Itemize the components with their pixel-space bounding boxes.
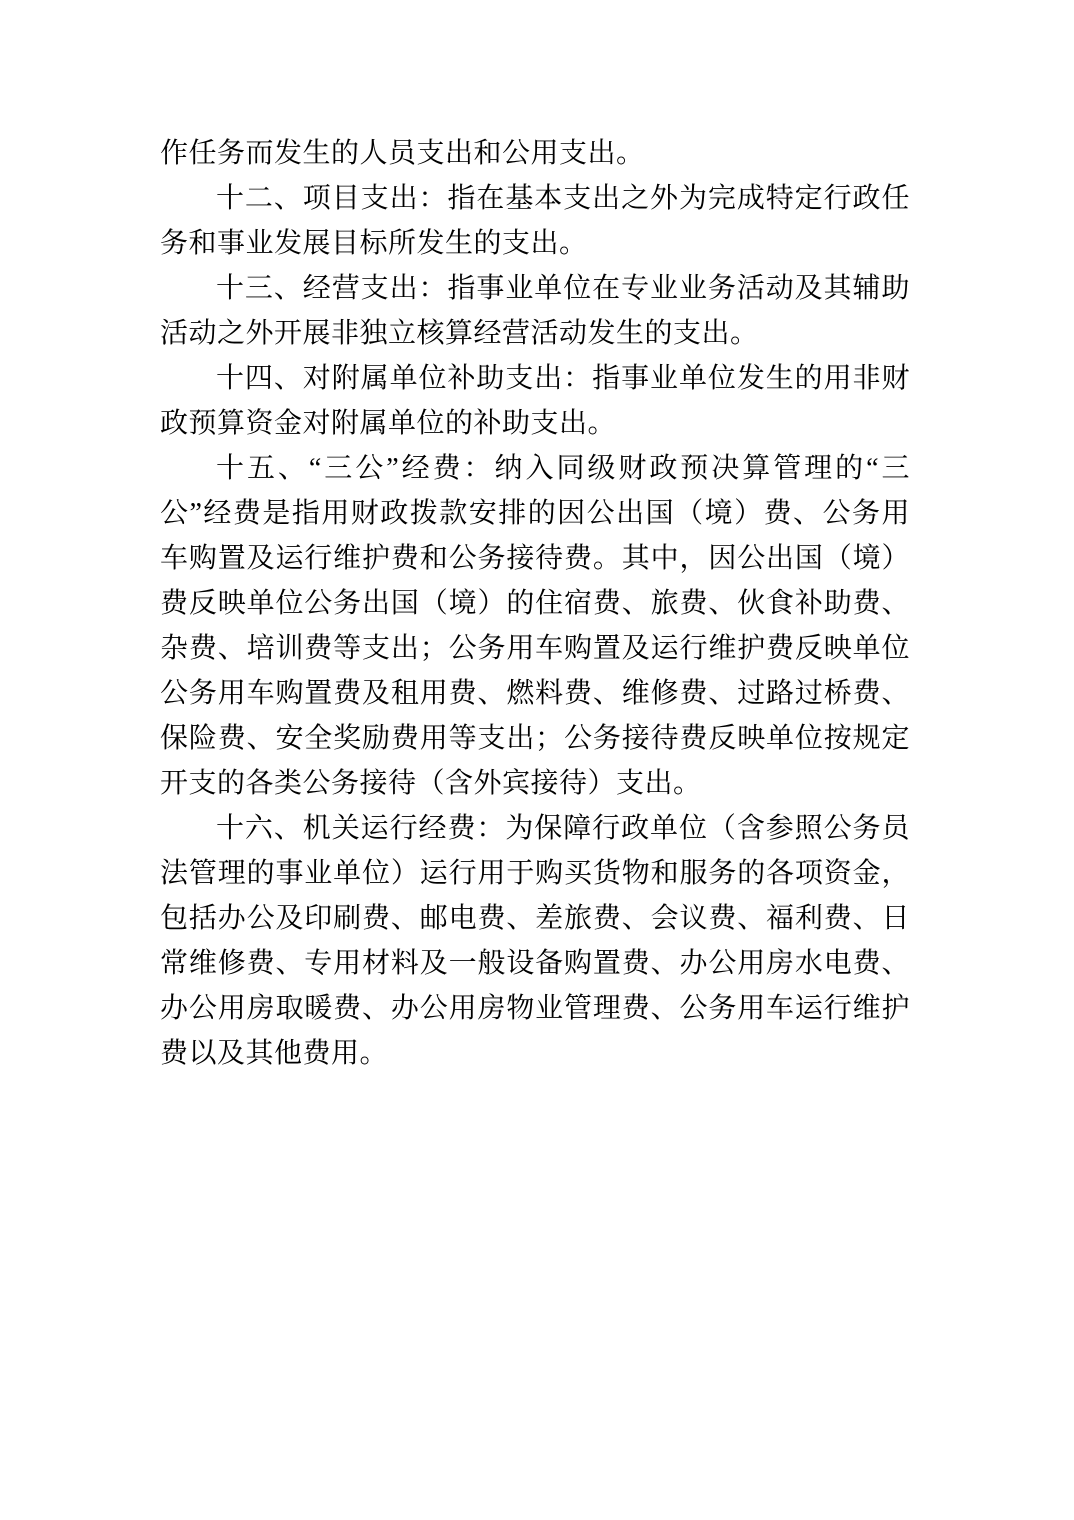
text-line-2: 十二、项目支出：指在基本支出之外为完成特定行政任 xyxy=(160,176,910,221)
text-line-19: 常维修费、专用材料及一般设备购置费、办公用房水电费、 xyxy=(160,941,910,986)
text-line-17: 法管理的事业单位）运行用于购买货物和服务的各项资金， xyxy=(160,851,910,896)
text-line-7: 政预算资金对附属单位的补助支出。 xyxy=(160,401,910,446)
text-line-3: 务和事业发展目标所发生的支出。 xyxy=(160,221,910,266)
text-line-14: 保险费、安全奖励费用等支出；公务接待费反映单位按规定 xyxy=(160,716,910,761)
text-line-21: 费以及其他费用。 xyxy=(160,1031,910,1076)
text-line-4: 十三、经营支出：指事业单位在专业业务活动及其辅助 xyxy=(160,266,910,311)
text-line-18: 包括办公及印刷费、邮电费、差旅费、会议费、福利费、日 xyxy=(160,896,910,941)
text-line-13: 公务用车购置费及租用费、燃料费、维修费、过路过桥费、 xyxy=(160,671,910,716)
text-line-11: 费反映单位公务出国（境）的住宿费、旅费、伙食补助费、 xyxy=(160,581,910,626)
text-line-10: 车购置及运行维护费和公务接待费。其中，因公出国（境） xyxy=(160,536,910,581)
text-line-20: 办公用房取暖费、办公用房物业管理费、公务用车运行维护 xyxy=(160,986,910,1031)
text-line-12: 杂费、培训费等支出；公务用车购置及运行维护费反映单位 xyxy=(160,626,910,671)
document-text-block: 作任务而发生的人员支出和公用支出。 十二、项目支出：指在基本支出之外为完成特定行… xyxy=(160,131,910,1076)
text-line-8: 十五、“三公”经费：纳入同级财政预决算管理的“三 xyxy=(160,446,910,491)
text-line-6: 十四、对附属单位补助支出：指事业单位发生的用非财 xyxy=(160,356,910,401)
text-line-5: 活动之外开展非独立核算经营活动发生的支出。 xyxy=(160,311,910,356)
text-line-15: 开支的各类公务接待（含外宾接待）支出。 xyxy=(160,761,910,806)
text-line-9: 公”经费是指用财政拨款安排的因公出国（境）费、公务用 xyxy=(160,491,910,536)
document-page: 作任务而发生的人员支出和公用支出。 十二、项目支出：指在基本支出之外为完成特定行… xyxy=(0,0,1074,1520)
text-line-16: 十六、机关运行经费：为保障行政单位（含参照公务员 xyxy=(160,806,910,851)
text-line-1: 作任务而发生的人员支出和公用支出。 xyxy=(160,131,910,176)
